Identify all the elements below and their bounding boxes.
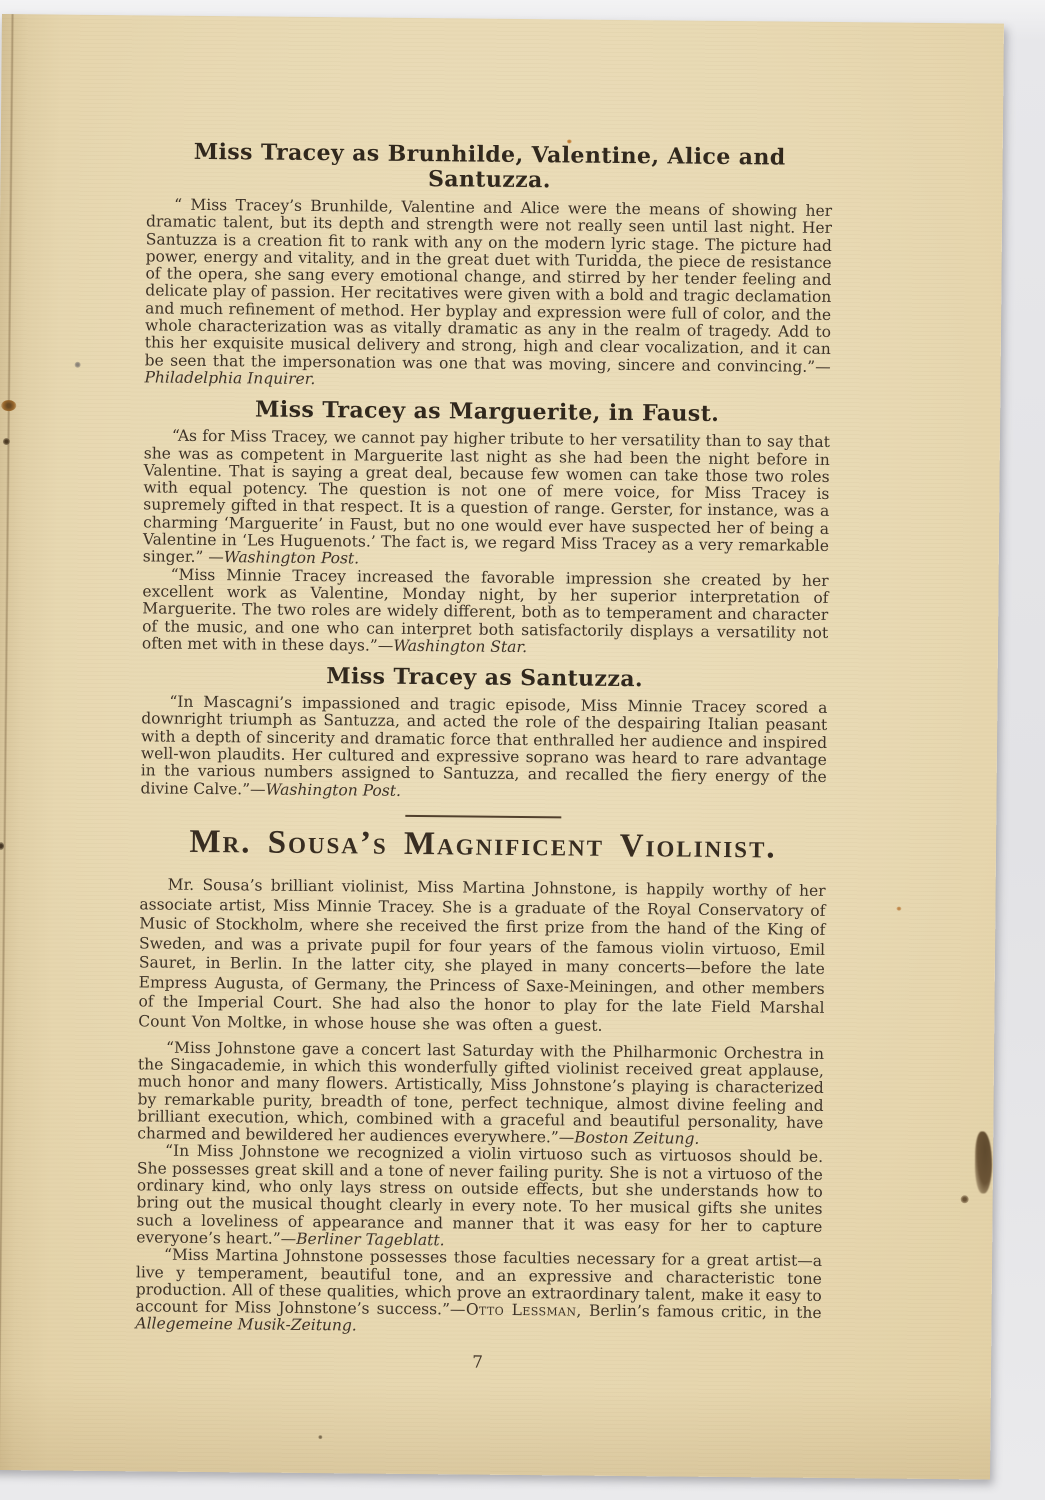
page-content: Miss Tracey as Brunhilde, Valentine, Ali… <box>135 139 833 1375</box>
section-heading-sousa-violinist: Mr. Sousa’s Magnificent Violinist. <box>140 823 826 866</box>
scanned-booklet-page: Miss Tracey as Brunhilde, Valentine, Ali… <box>0 14 1004 1480</box>
edge-stain-dot <box>961 1195 969 1203</box>
binding-crease <box>0 14 14 1470</box>
quote-text: “Miss Johnstone gave a concert last Satu… <box>137 1038 824 1146</box>
quote-text: “ Miss Tracey’s Brunhilde, Valentine and… <box>145 196 833 376</box>
binding-mark <box>1 400 16 411</box>
section-heading-santuzza: Miss Tracey as Santuzza. <box>142 662 828 694</box>
paper-speck <box>75 362 81 368</box>
paper-speck <box>318 1435 322 1439</box>
paper-speck <box>896 907 901 911</box>
quote-text: “In Miss Johnstone we recognized a violi… <box>136 1142 823 1248</box>
quote-text: “In Mascagni’s impassioned and tragic ep… <box>140 693 827 798</box>
source-citation: —Boston Zeitung. <box>559 1129 700 1148</box>
review-paragraph-inquirer: “ Miss Tracey’s Brunhilde, Valentine and… <box>144 196 832 393</box>
source-citation: Allegemeine Musik-Zeitung. <box>135 1315 357 1335</box>
review-paragraph-boston: “Miss Johnstone gave a concert last Satu… <box>137 1039 824 1149</box>
section-heading-brunhilde: Miss Tracey as Brunhilde, Valentine, Ali… <box>146 139 832 196</box>
review-paragraph-santuzza: “In Mascagni’s impassioned and tragic ep… <box>140 693 827 803</box>
source-citation: —Washington Post. <box>250 780 401 799</box>
quote-text: “As for Miss Tracey, we cannot pay highe… <box>143 427 830 566</box>
review-paragraph-lessman: “Miss Martina Johnstone possesses those … <box>135 1247 822 1340</box>
review-paragraph-star: “Miss Minnie Tracey increased the favora… <box>142 566 829 659</box>
page-number: 7 <box>135 1351 821 1375</box>
sousa-intro-paragraph: Mr. Sousa’s brilliant violinist, Miss Ma… <box>138 875 825 1038</box>
review-paragraph-post: “As for Miss Tracey, we cannot pay highe… <box>143 428 830 573</box>
review-paragraph-berliner: “In Miss Johnstone we recognized a violi… <box>136 1143 823 1253</box>
critic-description: Berlin’s famous critic, in the <box>582 1302 822 1322</box>
critic-name: —Otto Lessman, <box>450 1300 582 1319</box>
edge-stain <box>975 1131 993 1193</box>
section-divider-rule <box>405 815 561 818</box>
binding-mark <box>3 438 10 445</box>
source-citation: —Washington Star. <box>378 636 527 655</box>
section-heading-marguerite: Miss Tracey as Marguerite, in Faust. <box>144 397 830 429</box>
